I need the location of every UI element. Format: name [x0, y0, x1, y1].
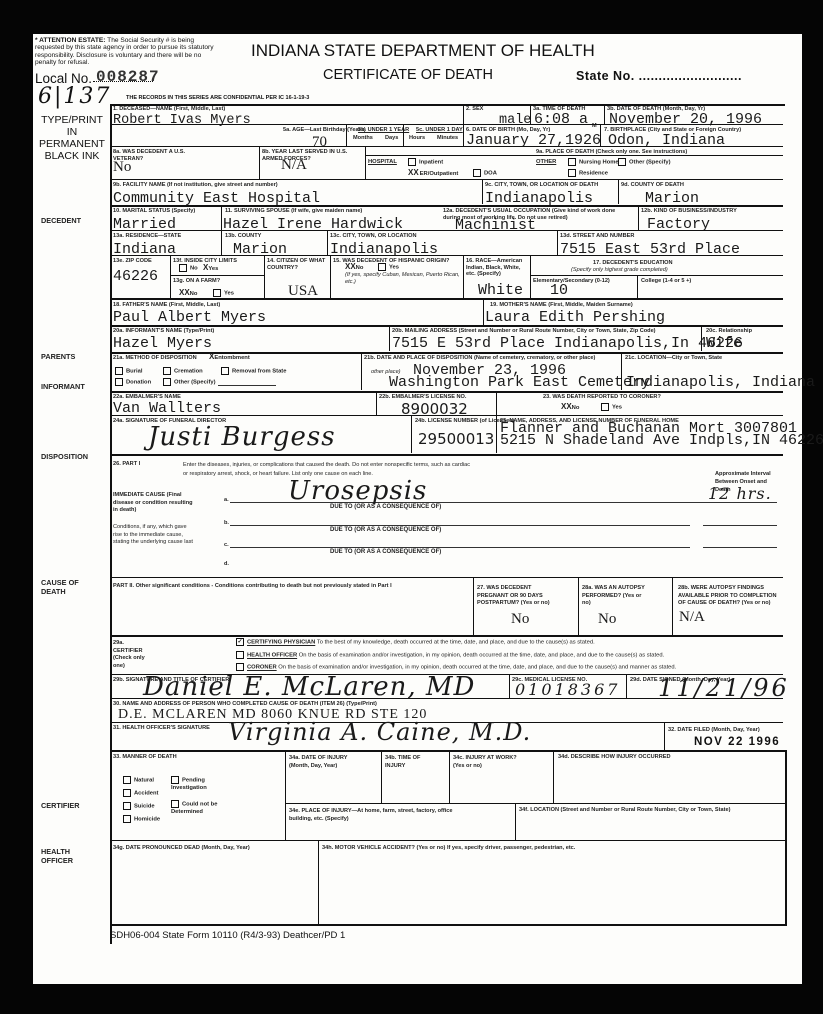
checkbox-nursing-home[interactable]: Nursing Home — [568, 158, 619, 167]
education-elementary: 10 — [550, 284, 568, 298]
education-note: (Specify only highest grade completed) — [571, 267, 668, 274]
pregnant-value: No — [511, 612, 529, 626]
label-citizenship: 14. CITIZEN OF WHAT COUNTRY? — [267, 258, 327, 271]
label-mailing-address: 20b. MAILING ADDRESS (Street and Number … — [392, 328, 656, 335]
informant-address: 7515 E 53rd Place Indianapolis,In 46226 — [392, 337, 743, 351]
director-license: 29500013 — [418, 432, 494, 446]
label-pregnant: 27. WAS DECEDENT PREGNANT OR 90 DAYS POS… — [477, 585, 557, 608]
checkbox-homicide[interactable]: Homicide — [123, 815, 160, 824]
label-residence-city: 13c. CITY, TOWN, OR LOCATION — [330, 233, 417, 240]
checkbox-accident[interactable]: Accident — [123, 789, 158, 798]
checkbox-hispanic-yes[interactable]: Yes — [378, 263, 399, 272]
disposition-place: Washington Park East Cemetery — [389, 376, 650, 390]
section-health-officer: HEALTH OFFICER — [41, 848, 81, 865]
health-officer-signature: Virginia A. Caine, M.D. — [228, 718, 531, 746]
checkbox-er-outpatient[interactable]: XXER/Outpatient — [408, 169, 458, 178]
label-immediate-cause: IMMEDIATE CAUSE (Final disease or condit… — [113, 492, 193, 515]
label-residence-state: 13a. RESIDENCE—STATE — [113, 233, 181, 240]
section-parents: PARENTS — [41, 353, 75, 362]
section-disposition: DISPOSITION — [41, 453, 88, 462]
mother-name: Laura Edith Pershing — [485, 311, 665, 325]
label-disposition-date-place: 21b. DATE AND PLACE OF DISPOSITION (Name… — [364, 355, 595, 362]
checkbox-coroner-yes[interactable]: Yes — [601, 403, 622, 412]
label-spouse: 11. SURVIVING SPOUSE (If wife, give maid… — [225, 208, 362, 215]
label-residence-street: 13d. STREET AND NUMBER — [560, 233, 634, 240]
label-hours: Hours — [409, 135, 425, 142]
label-race: 16. RACE—American Indian, Black, White, … — [466, 258, 528, 278]
checkbox-coroner[interactable]: CORONER On the basis of examination and/… — [236, 663, 676, 672]
form-id: SDH06-004 State Form 10110 (R4/3-93) Dea… — [110, 930, 345, 941]
veteran: No — [113, 160, 131, 174]
label-education: 17. DECEDENT'S EDUCATION — [593, 260, 673, 267]
label-relationship: 20c. Relationship — [706, 328, 752, 335]
cause-a-value: Urosepsis — [288, 476, 427, 506]
line-c-marker: c. — [224, 542, 229, 549]
decedent-sex: male — [499, 114, 531, 128]
label-part-2: PART II. Other significant conditions - … — [113, 583, 392, 590]
informant-relationship: Wife — [706, 337, 742, 351]
section-informant: INFORMANT — [41, 383, 85, 392]
autopsy-value: No — [598, 612, 616, 626]
informant-name: Hazel Myers — [113, 337, 212, 351]
label-place-of-injury: 34e. PLACE OF INJURY—At home, farm, stre… — [289, 807, 459, 823]
ink-instruction: TYPE/PRINT IN PERMANENT BLACK INK — [37, 114, 107, 162]
label-time-of-injury: 34b. TIME OF INJURY — [385, 754, 440, 770]
zip-code: 46226 — [113, 270, 158, 284]
label-industry: 12b. KIND OF BUSINESS/INDUSTRY — [641, 208, 737, 215]
race: White — [478, 284, 523, 298]
label-injury-at-work: 34c. INJURY AT WORK? (Yes or no) — [453, 754, 523, 770]
hispanic-specify-note: (If yes, specify Cuban, Mexican, Puerto … — [345, 272, 463, 285]
checkbox-pending[interactable]: Pending Investigation — [171, 776, 231, 792]
section-decedent: DECEDENT — [41, 217, 81, 226]
label-county-of-death: 9d. COUNTY OF DEATH — [621, 182, 684, 189]
label-sex: 2. SEX — [466, 106, 483, 113]
label-residence-county: 13b. COUNTY — [225, 233, 261, 240]
label-minutes: Minutes — [437, 135, 458, 142]
citizenship: USA — [288, 284, 318, 298]
label-injury-location: 34f. LOCATION (Street and Number or Rura… — [519, 807, 730, 814]
checkbox-other-place[interactable]: Other (Specify) — [618, 158, 671, 167]
checkbox-other-disposition[interactable]: Other (Specify) — [163, 378, 216, 387]
checkbox-residence[interactable]: Residence — [568, 169, 608, 178]
checkbox-undetermined[interactable]: Could not be Determined — [171, 800, 231, 816]
checkbox-health-officer[interactable]: HEALTH OFFICER On the basis of examinati… — [236, 651, 664, 660]
section-certifier: CERTIFIER — [41, 802, 80, 811]
checkbox-hispanic-no[interactable]: XXNo — [345, 263, 363, 272]
facility-name: Community East Hospital — [113, 192, 320, 206]
label-manner-of-death: 33. MANNER OF DEATH — [113, 754, 177, 761]
checkbox-farm-yes[interactable]: Yes — [213, 289, 234, 298]
label-mother: 19. MOTHER'S NAME (First, Middle, Maiden… — [490, 302, 633, 309]
attention-notice: * ATTENTION ESTATE: The Social Security … — [35, 37, 215, 67]
label-hospital: HOSPITAL — [368, 158, 397, 166]
line-d-marker: d. — [224, 561, 229, 568]
label-father: 18. FATHER'S NAME (First, Middle, Last) — [113, 302, 220, 309]
label-on-a-farm: 13g. ON A FARM? — [173, 278, 220, 285]
due-to-b: DUE TO (OR AS A CONSEQUENCE OF) — [330, 527, 441, 534]
label-certifier: 29a. CERTIFIER (Check only one) — [113, 640, 153, 670]
county-of-death: Marion — [645, 192, 699, 206]
label-part-1: 26. PART I — [113, 461, 140, 468]
decedent-name: Robert Ivas Myers — [113, 114, 251, 128]
label-under-1-day: 5c. UNDER 1 DAY — [416, 127, 463, 134]
label-underlying-conditions: Conditions, if any, which gave rise to t… — [113, 524, 193, 547]
checkbox-certifying-physician[interactable]: ✓CERTIFYING PHYSICIAN To the best of my … — [236, 638, 595, 647]
label-date-filed: 32. DATE FILED (Month, Day, Year) — [668, 727, 760, 734]
medical-license: 01018367 — [515, 680, 620, 699]
due-to-a: DUE TO (OR AS A CONSEQUENCE OF) — [330, 504, 441, 511]
attention-title: * ATTENTION ESTATE: — [35, 37, 105, 44]
label-under-1-year: 5b. UNDER 1 YEAR — [358, 127, 409, 134]
line-b-marker: b. — [224, 520, 229, 527]
label-injury-description: 34d. DESCRIBE HOW INJURY OCCURRED — [558, 754, 671, 761]
label-education-college: College (1-4 or 5 +) — [641, 278, 691, 285]
checkbox-burial[interactable]: Burial — [115, 367, 142, 376]
certificate-title: CERTIFICATE OF DEATH — [323, 67, 493, 84]
checkbox-natural[interactable]: Natural — [123, 776, 154, 785]
label-autopsy-findings: 28b. WERE AUTOPSY FINDINGS AVAILABLE PRI… — [678, 585, 778, 608]
funeral-director-signature: Justi Burgess — [148, 422, 336, 452]
checkbox-cremation[interactable]: Cremation — [163, 367, 203, 376]
checkbox-city-limits-yes[interactable]: XYes — [203, 264, 218, 273]
death-certificate-page: * ATTENTION ESTATE: The Social Security … — [33, 34, 802, 984]
line-a-marker: a. — [224, 497, 229, 504]
label-other: OTHER — [536, 158, 556, 166]
confidential-notice: THE RECORDS IN THIS SERIES ARE CONFIDENT… — [126, 95, 309, 101]
label-name: 1. DECEASED—NAME (First, Middle, Last) — [113, 106, 225, 113]
label-city-of-death: 9c. CITY, TOWN, OR LOCATION OF DEATH — [485, 182, 598, 189]
label-date-of-injury: 34a. DATE OF INJURY (Month, Day, Year) — [289, 754, 367, 770]
label-months: Months — [353, 135, 373, 142]
checkbox-suicide[interactable]: Suicide — [123, 802, 155, 811]
embalmer-name: Van Wallters — [113, 402, 221, 416]
embalmer-license: 8900032 — [401, 402, 468, 416]
section-cause-of-death: CAUSE OF DEATH — [41, 579, 91, 596]
checkbox-donation[interactable]: Donation — [115, 378, 151, 387]
label-disposition-location: 21c. LOCATION—City or Town, State — [625, 355, 722, 362]
handwritten-local-number: 6|137 — [38, 84, 111, 109]
checkbox-inpatient[interactable]: Inpatient — [408, 158, 443, 167]
label-disposition-method: 21a. METHOD OF DISPOSITION — [113, 355, 197, 362]
date-filed-stamp: NOV 22 1996 — [694, 736, 780, 748]
label-date-pronounced: 34g. DATE PRONOUNCED DEAD (Month, Day, Y… — [113, 845, 250, 852]
label-autopsy: 28a. WAS AN AUTOPSY PERFORMED? (Yes or n… — [582, 585, 647, 608]
funeral-home-line2: 5215 N Shadeland Ave Indpls,IN 46226 — [500, 434, 823, 448]
label-days: Days — [385, 135, 398, 142]
year-served: N/A — [281, 158, 307, 172]
label-education-elementary: Elementary/Secondary (0-12) — [533, 278, 610, 285]
autopsy-findings-value: N/A — [679, 610, 705, 624]
label-marital-status: 10. MARITAL STATUS (Specify) — [113, 208, 195, 215]
label-coroner-report: 23. WAS DEATH REPORTED TO CORONER? — [543, 394, 661, 401]
label-zip: 13e. ZIP CODE — [113, 258, 152, 265]
checkbox-farm-no[interactable]: XXNo — [179, 289, 197, 298]
local-number-dots — [93, 81, 153, 82]
label-year-served: 8b. YEAR LAST SERVED IN U.S. ARMED FORCE… — [262, 149, 362, 162]
disposition-location: Indianapolis, Indiana — [626, 376, 815, 390]
due-to-c: DUE TO (OR AS A CONSEQUENCE OF) — [330, 549, 441, 556]
checkbox-entombment[interactable]: XEntombment — [209, 353, 250, 362]
father-name: Paul Albert Myers — [113, 311, 266, 325]
department-title: INDIANA STATE DEPARTMENT OF HEALTH — [251, 41, 595, 61]
state-number-field[interactable]: State No. .......................... — [576, 69, 742, 83]
label-facility: 9b. FACILITY NAME (If not institution, g… — [113, 182, 278, 189]
label-informant: 20a. INFORMANT'S NAME (Type/Print) — [113, 328, 214, 335]
checkbox-city-limits-no[interactable]: No — [179, 264, 198, 273]
city-of-death: Indianapolis — [485, 192, 593, 206]
label-age: 5a. AGE—Last Birthday (Years) — [283, 127, 366, 134]
interval-a-value: 12 hrs. — [708, 484, 772, 503]
checkbox-removal[interactable]: Removal from State — [221, 367, 286, 376]
checkbox-doa[interactable]: DOA — [473, 169, 497, 178]
label-health-officer-signature: 31. HEALTH OFFICER'S SIGNATURE — [113, 725, 210, 732]
checkbox-coroner-no[interactable]: XXNo — [561, 403, 579, 412]
label-motor-vehicle: 34h. MOTOR VEHICLE ACCIDENT? (Yes or no)… — [322, 845, 575, 852]
